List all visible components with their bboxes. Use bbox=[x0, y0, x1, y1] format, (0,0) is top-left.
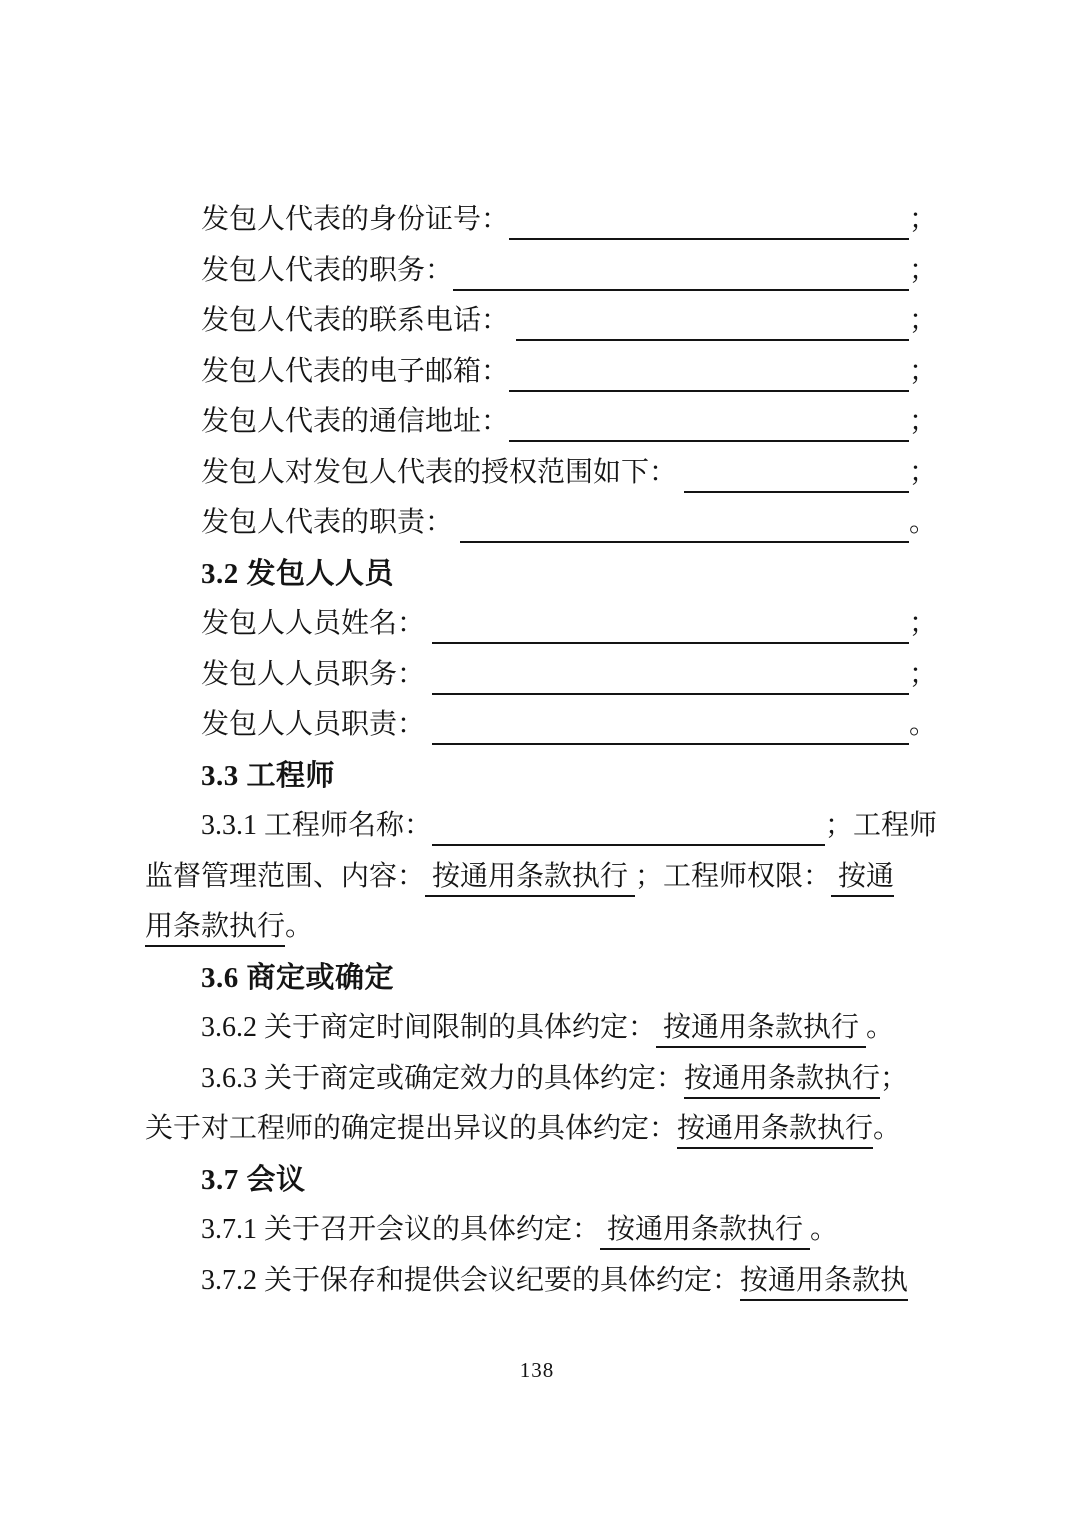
paragraph-line: 3.6.2 关于商定时间限制的具体约定： 按通用条款执行 。 bbox=[145, 1003, 937, 1054]
text-run: ； bbox=[909, 296, 937, 347]
document-content: 发包人代表的身份证号：；发包人代表的职务：；发包人代表的联系电话： ；发包人代表… bbox=[145, 195, 937, 1306]
section-heading: 3.3 工程师 bbox=[145, 751, 937, 802]
text-run: 3.3.1 工程师名称： bbox=[201, 801, 432, 852]
text-run: 。 bbox=[873, 1113, 901, 1144]
form-field-line: 发包人代表的职责： 。 bbox=[145, 498, 937, 549]
filled-blank-underline: 按通用条款执行 bbox=[684, 1063, 880, 1099]
text-run: 发包人对发包人代表的授权范围如下： bbox=[201, 448, 684, 499]
blank-underline bbox=[509, 347, 909, 392]
blank-underline bbox=[460, 498, 909, 543]
text-run: ； bbox=[909, 599, 937, 650]
text-run: 。 bbox=[909, 498, 937, 549]
text-run: ； bbox=[909, 246, 937, 297]
text-run: 发包人代表的职责： bbox=[201, 498, 460, 549]
text-run: ； bbox=[909, 448, 937, 499]
text-run: 。 bbox=[909, 700, 937, 751]
filled-blank-underline: 按通用条款执行 bbox=[425, 861, 635, 897]
form-field-line: 发包人对发包人代表的授权范围如下： ； bbox=[145, 448, 937, 499]
paragraph-line: 3.7.1 关于召开会议的具体约定： 按通用条款执行 。 bbox=[145, 1205, 937, 1256]
form-field-line: 发包人代表的电子邮箱：； bbox=[145, 347, 937, 398]
text-run: 。 bbox=[866, 1012, 894, 1043]
paragraph-line: 3.7.2 关于保存和提供会议纪要的具体约定：按通用条款执 bbox=[145, 1256, 937, 1307]
text-run: 关于对工程师的确定提出异议的具体约定： bbox=[145, 1113, 677, 1144]
form-field-line: 发包人人员职责： 。 bbox=[145, 700, 937, 751]
filled-blank-underline: 按通用条款执行 bbox=[600, 1214, 810, 1250]
page-number: 138 bbox=[0, 1358, 1074, 1383]
filled-blank-underline: 按通用条款执 bbox=[740, 1265, 908, 1301]
paragraph-line: 监督管理范围、内容： 按通用条款执行 ；工程师权限： 按通 bbox=[145, 852, 937, 903]
text-run: 3.6.3 关于商定或确定效力的具体约定： bbox=[201, 1063, 684, 1094]
form-field-line: 发包人代表的职务：； bbox=[145, 246, 937, 297]
text-run: 发包人代表的身份证号： bbox=[201, 195, 509, 246]
text-run: 监督管理范围、内容： bbox=[145, 861, 425, 892]
text-run: ； bbox=[880, 1063, 908, 1094]
blank-underline bbox=[509, 397, 909, 442]
text-run: 发包人代表的联系电话： bbox=[201, 296, 516, 347]
text-run: 3.7.2 关于保存和提供会议纪要的具体约定： bbox=[201, 1265, 740, 1296]
text-run: ；工程师 bbox=[825, 801, 937, 852]
text-run: ； bbox=[909, 347, 937, 398]
section-heading: 3.6 商定或确定 bbox=[145, 953, 937, 1004]
text-run: 。 bbox=[810, 1214, 838, 1245]
blank-underline bbox=[453, 246, 909, 291]
filled-blank-underline: 按通用条款执行 bbox=[677, 1113, 873, 1149]
section-heading: 3.7 会议 bbox=[145, 1155, 937, 1206]
form-field-line: 发包人人员姓名： ； bbox=[145, 599, 937, 650]
text-run: 发包人人员职务： bbox=[201, 650, 432, 701]
text-run: ； bbox=[909, 650, 937, 701]
form-field-line: 发包人人员职务： ； bbox=[145, 650, 937, 701]
text-run: 发包人代表的职务： bbox=[201, 246, 453, 297]
document-page: 发包人代表的身份证号：；发包人代表的职务：；发包人代表的联系电话： ；发包人代表… bbox=[0, 0, 1074, 1520]
text-run: 3.6.2 关于商定时间限制的具体约定： bbox=[201, 1012, 656, 1043]
blank-underline bbox=[432, 801, 825, 846]
filled-blank-underline: 按通 bbox=[831, 861, 894, 897]
blank-underline bbox=[509, 195, 909, 240]
text-run: 3.7.1 关于召开会议的具体约定： bbox=[201, 1214, 600, 1245]
paragraph-line: 关于对工程师的确定提出异议的具体约定：按通用条款执行。 bbox=[145, 1104, 937, 1155]
section-heading: 3.2 发包人人员 bbox=[145, 549, 937, 600]
blank-underline bbox=[684, 448, 909, 493]
filled-blank-underline: 按通用条款执行 bbox=[656, 1012, 866, 1048]
form-field-line: 发包人代表的通信地址：； bbox=[145, 397, 937, 448]
blank-underline bbox=[432, 700, 909, 745]
text-run: 。 bbox=[285, 911, 313, 942]
text-run: ； bbox=[909, 195, 937, 246]
text-run: 发包人代表的电子邮箱： bbox=[201, 347, 509, 398]
blank-underline bbox=[432, 650, 909, 695]
form-field-line: 发包人代表的联系电话： ； bbox=[145, 296, 937, 347]
text-run: ；工程师权限： bbox=[635, 861, 831, 892]
form-field-line: 发包人代表的身份证号：； bbox=[145, 195, 937, 246]
text-run: 发包人人员姓名： bbox=[201, 599, 432, 650]
filled-blank-underline: 用条款执行 bbox=[145, 911, 285, 947]
text-run: 发包人人员职责： bbox=[201, 700, 432, 751]
blank-underline bbox=[432, 599, 909, 644]
paragraph-line: 用条款执行。 bbox=[145, 902, 937, 953]
text-run: ； bbox=[909, 397, 937, 448]
paragraph-line: 3.6.3 关于商定或确定效力的具体约定：按通用条款执行； bbox=[145, 1054, 937, 1105]
blank-underline bbox=[516, 296, 909, 341]
text-run: 发包人代表的通信地址： bbox=[201, 397, 509, 448]
form-field-line: 3.3.1 工程师名称：；工程师 bbox=[145, 801, 937, 852]
